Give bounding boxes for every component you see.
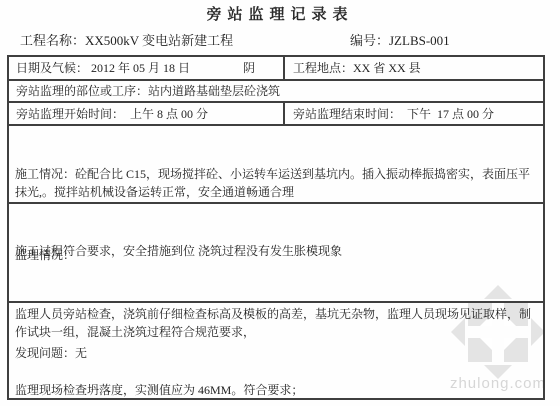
section-position-text: 旁站监理的部位或工序：站内道路基础垫层砼浇筑	[9, 81, 543, 102]
header-row: 工程名称：XX500kV 变电站新建工程 编号：JZLBS-001	[0, 30, 560, 50]
cell-end-time: 旁站监理结束时间： 下午 17 点 00 分	[285, 103, 543, 124]
row-times: 旁站监理开始时间： 上午 8 点 00 分 旁站监理结束时间： 下午 17 点 …	[9, 101, 543, 124]
construction-paragraph-1: 施工情况：砼配合比 C15，现场搅拌砼、小运转车运送到基坑内。插入振动棒振捣密实…	[15, 165, 541, 201]
row-supervision: 监理情况： 监理人员旁站检查，浇筑前仔细检查标高及模板的高差，基坑无杂物，监理人…	[9, 202, 543, 301]
supervision-heading: 监理情况：	[15, 246, 541, 264]
cell-start-time: 旁站监理开始时间： 上午 8 点 00 分	[9, 103, 285, 124]
row-construction: 施工情况：砼配合比 C15，现场搅拌砼、小运转车运送到基坑内。插入振动棒振捣密实…	[9, 124, 543, 202]
page-title: 旁站监理记录表	[0, 3, 560, 24]
weather-value: 阴	[243, 59, 255, 76]
cell-location: 工程地点：XX 省 XX 县	[285, 57, 543, 79]
cell-date-weather: 日期及气候： 2012 年 05 月 18 日 阴	[9, 57, 285, 79]
row-section-position: 旁站监理的部位或工序：站内道路基础垫层砼浇筑	[9, 79, 543, 102]
row-date-location: 日期及气候： 2012 年 05 月 18 日 阴 工程地点：XX 省 XX 县	[9, 57, 543, 79]
record-table: 日期及气候： 2012 年 05 月 18 日 阴 工程地点：XX 省 XX 县…	[7, 55, 545, 400]
doc-number: 编号：JZLBS-001	[350, 30, 450, 49]
problems-text: 发现问题：无	[15, 344, 541, 362]
row-problems: 发现问题：无	[9, 301, 543, 398]
date-weather-text: 日期及气候： 2012 年 05 月 18 日	[16, 59, 190, 76]
document-page: 旁站监理记录表 工程名称：XX500kV 变电站新建工程 编号：JZLBS-00…	[0, 0, 560, 406]
project-name: 工程名称：XX500kV 变电站新建工程	[20, 30, 233, 49]
